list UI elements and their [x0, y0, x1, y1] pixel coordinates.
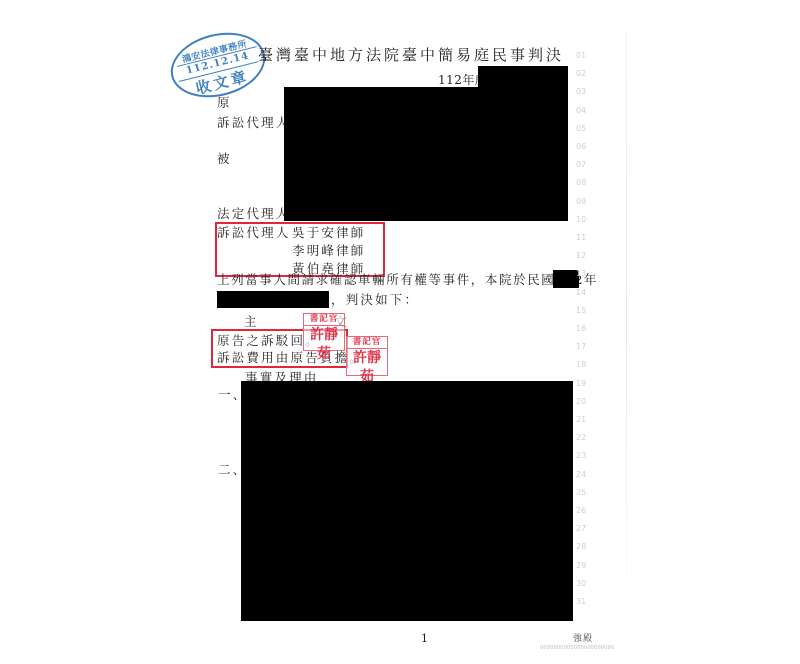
clerk-seal-title: 書記官	[304, 314, 344, 326]
line-number: 14	[576, 288, 586, 297]
line-number: 30	[576, 579, 586, 588]
clerk-seal-name: 許靜茹	[304, 326, 344, 364]
line-number: 04	[576, 106, 586, 115]
line-number: 18	[576, 360, 586, 369]
line-number: 08	[576, 178, 586, 187]
court-title: 臺灣臺中地方法院臺中簡易庭民事判決	[258, 48, 564, 62]
clerk-seal-2: 書記官 許靜茹	[346, 336, 388, 376]
defendant-agent-2: 李明峰律師	[292, 244, 366, 258]
legal-rep-label: 法定代理人	[217, 207, 291, 221]
line-number: 22	[576, 433, 586, 442]
footer-signature: 強殿	[573, 631, 593, 644]
line-number: 02	[576, 69, 586, 78]
clerk-seal-title: 書記官	[347, 337, 387, 349]
line-number: 19	[576, 379, 586, 388]
line-number: 10	[576, 215, 586, 224]
redacted-date-part2	[217, 291, 329, 308]
line-number: 12	[576, 251, 586, 260]
page-number: 1	[421, 632, 428, 645]
line-number: 27	[576, 524, 586, 533]
line-number: 20	[576, 397, 586, 406]
redacted-party-info	[284, 87, 568, 221]
line-number: 13	[576, 269, 586, 278]
line-number: 29	[576, 561, 586, 570]
redacted-facts-body	[241, 381, 573, 621]
line-number: 15	[576, 306, 586, 315]
footer-code: 0000000000000000000000	[540, 645, 614, 651]
line-number: 07	[576, 160, 586, 169]
line-number: 11	[576, 233, 586, 242]
line-number: 24	[576, 470, 586, 479]
intro-line2-suffix: ，判決如下：	[331, 293, 419, 307]
clerk-seal-1: 書記官 許靜茹	[303, 313, 345, 351]
line-number: 01	[576, 51, 586, 60]
defendant-agent-label: 訴訟代理人	[217, 226, 291, 240]
line-number: 16	[576, 324, 586, 333]
line-number: 06	[576, 142, 586, 151]
line-number: 26	[576, 506, 586, 515]
line-number: 31	[576, 597, 586, 606]
page-edge	[626, 30, 627, 630]
line-number: 09	[576, 197, 586, 206]
line-number: 25	[576, 488, 586, 497]
line-number: 28	[576, 542, 586, 551]
line-number: 23	[576, 451, 586, 460]
line-number: 21	[576, 415, 586, 424]
plaintiff-agent-label: 訴訟代理人	[217, 116, 291, 130]
defendant-agent-1: 吳于安律師	[292, 226, 366, 240]
line-number: 17	[576, 342, 586, 351]
line-number: 05	[576, 124, 586, 133]
line-number: 03	[576, 87, 586, 96]
intro-line: 上列當事人間請求確認車輛所有權等事件，本院於民國112年	[217, 273, 598, 287]
